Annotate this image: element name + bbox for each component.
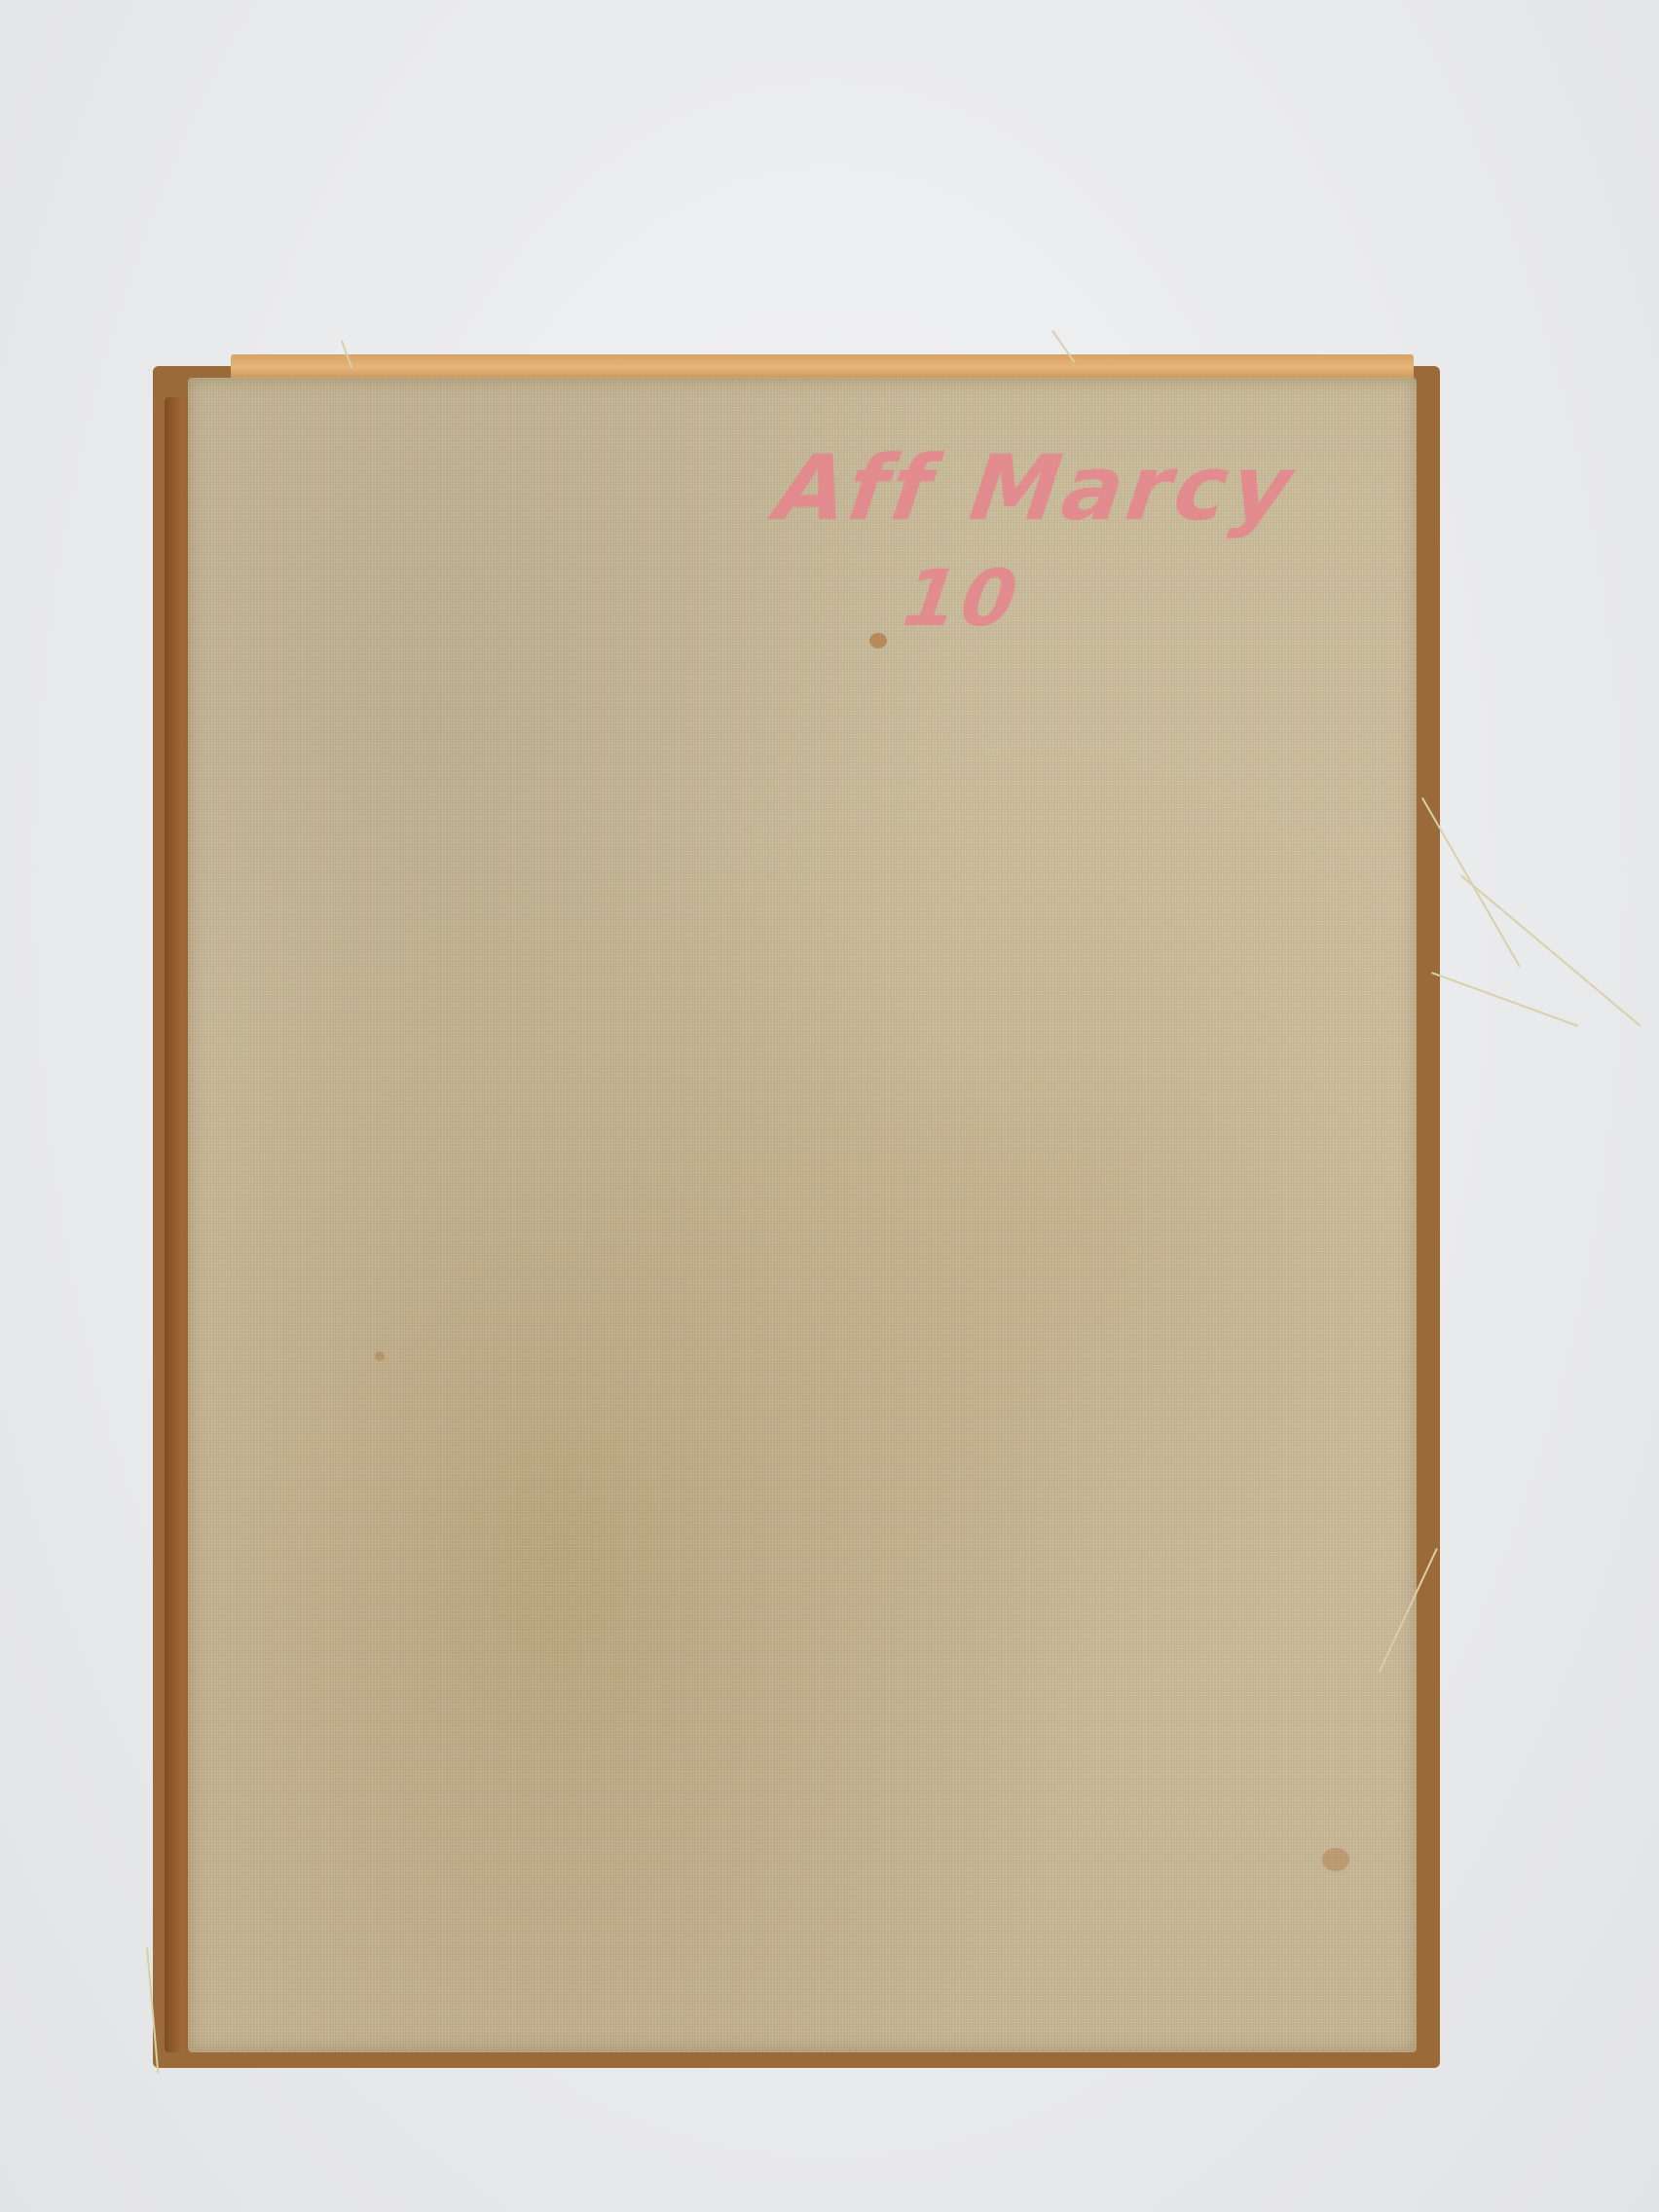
handwritten-name: Aff Marcy [760,436,1313,540]
stain-spot [869,633,887,648]
loose-thread [1460,874,1641,1026]
book: Aff Marcy 10 [161,358,1436,2077]
loose-thread [1431,972,1578,1027]
stain-spot [1322,1848,1349,1871]
handwritten-number: 10 [889,553,1035,644]
linen-cover: Aff Marcy 10 [188,378,1417,2052]
top-page-edge [231,354,1414,380]
stain-spot [375,1351,385,1361]
